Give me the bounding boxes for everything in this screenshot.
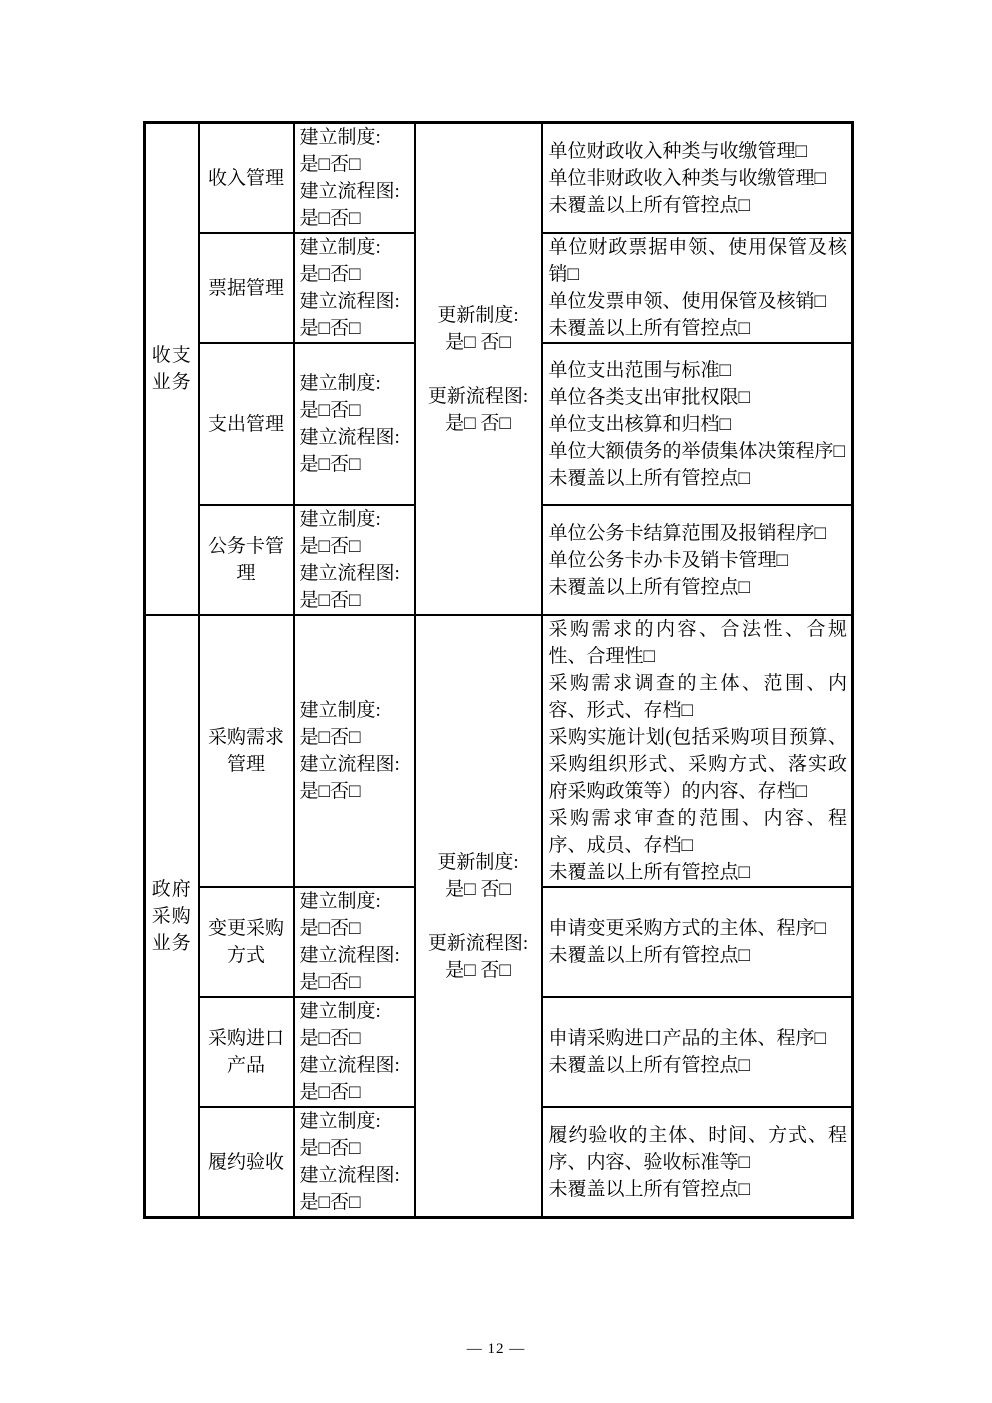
cell-line: 采购需求的内容、合法性、合规性、合理性□ bbox=[549, 616, 848, 670]
cell-line: 未覆盖以上所有管控点□ bbox=[549, 465, 848, 492]
cell-line: 是□否□ bbox=[300, 205, 412, 232]
cell-line: 未覆盖以上所有管控点□ bbox=[549, 1176, 848, 1203]
cell-line: 采购需求审查的范围、内容、程序、成员、存档□ bbox=[549, 805, 848, 859]
cell-line: 是□否□ bbox=[300, 397, 412, 424]
item-label-change-procurement-method: 变更采购 方式 bbox=[199, 887, 294, 997]
cell-line: 是□否□ bbox=[300, 151, 412, 178]
page-number: — 12 — bbox=[0, 1341, 992, 1358]
cell-line: 建立制度: bbox=[300, 234, 412, 261]
item-label-official-card-management: 公务卡管 理 bbox=[199, 505, 294, 615]
cell-line: 是□ 否□ bbox=[416, 329, 541, 356]
establish-cell: 建立制度:是□否□建立流程图:是□否□ bbox=[294, 887, 415, 997]
cell-line: 建立流程图: bbox=[300, 424, 412, 451]
cell-line: 是□否□ bbox=[300, 1135, 412, 1162]
cell-line: 是□ 否□ bbox=[416, 876, 541, 903]
item-label-import-products-procurement: 采购进口 产品 bbox=[199, 997, 294, 1107]
cell-line: 申请采购进口产品的主体、程序□ bbox=[549, 1025, 848, 1052]
cell-line bbox=[416, 356, 541, 383]
cell-line: 是□否□ bbox=[300, 261, 412, 288]
cell-line: 建立制度: bbox=[300, 888, 412, 915]
item-label-income-management: 收入管理 bbox=[199, 123, 294, 234]
group-label-revenue-expenditure: 收支 业务 bbox=[145, 123, 199, 616]
cell-line: 是□否□ bbox=[300, 724, 412, 751]
establish-cell: 建立制度:是□否□建立流程图:是□否□ bbox=[294, 233, 415, 343]
cell-line: 单位支出核算和归档□ bbox=[549, 411, 848, 438]
cell-line: 申请变更采购方式的主体、程序□ bbox=[549, 915, 848, 942]
cell-line: 未覆盖以上所有管控点□ bbox=[549, 859, 848, 886]
cell-line: 未覆盖以上所有管控点□ bbox=[549, 315, 848, 342]
cell-line: 单位公务卡办卡及销卡管理□ bbox=[549, 547, 848, 574]
establish-cell: 建立制度:是□否□建立流程图:是□否□ bbox=[294, 997, 415, 1107]
table-row: 收支 业务 收入管理 建立制度:是□否□建立流程图:是□否□ 更新制度:是□ 否… bbox=[145, 123, 853, 234]
cell-line: 建立流程图: bbox=[300, 178, 412, 205]
control-points-cell: 申请采购进口产品的主体、程序□未覆盖以上所有管控点□ bbox=[542, 997, 853, 1107]
cell-line: 建立流程图: bbox=[300, 560, 412, 587]
establish-cell: 建立制度:是□否□建立流程图:是□否□ bbox=[294, 505, 415, 615]
control-points-cell: 单位支出范围与标准□单位各类支出审批权限□单位支出核算和归档□单位大额债务的举债… bbox=[542, 343, 853, 505]
control-points-cell: 采购需求的内容、合法性、合规性、合理性□采购需求调查的主体、范围、内容、形式、存… bbox=[542, 615, 853, 887]
cell-line: 是□否□ bbox=[300, 969, 412, 996]
control-points-cell: 单位公务卡结算范围及报销程序□单位公务卡办卡及销卡管理□未覆盖以上所有管控点□ bbox=[542, 505, 853, 615]
item-label-procurement-demand-management: 采购需求 管理 bbox=[199, 615, 294, 887]
control-points-cell: 履约验收的主体、时间、方式、程序、内容、验收标准等□未覆盖以上所有管控点□ bbox=[542, 1107, 853, 1218]
control-points-cell: 单位财政票据申领、使用保管及核销□单位发票申领、使用保管及核销□未覆盖以上所有管… bbox=[542, 233, 853, 343]
cell-line: 建立流程图: bbox=[300, 1052, 412, 1079]
cell-line: 单位支出范围与标准□ bbox=[549, 357, 848, 384]
cell-line: 更新流程图: bbox=[416, 383, 541, 410]
cell-line: 未覆盖以上所有管控点□ bbox=[549, 942, 848, 969]
cell-line: 建立制度: bbox=[300, 1108, 412, 1135]
update-cell: 更新制度:是□ 否□更新流程图:是□ 否□ bbox=[415, 123, 542, 616]
cell-line: 采购实施计划(包括采购项目预算、采购组织形式、采购方式、落实政府采购政策等）的内… bbox=[549, 724, 848, 805]
cell-line: 建立流程图: bbox=[300, 288, 412, 315]
cell-line: 未覆盖以上所有管控点□ bbox=[549, 1052, 848, 1079]
cell-line: 单位大额债务的举债集体决策程序□ bbox=[549, 438, 848, 465]
cell-line: 建立制度: bbox=[300, 370, 412, 397]
update-cell: 更新制度:是□ 否□更新流程图:是□ 否□ bbox=[415, 615, 542, 1218]
establish-cell: 建立制度:是□否□建立流程图:是□否□ bbox=[294, 343, 415, 505]
cell-line: 是□否□ bbox=[300, 315, 412, 342]
establish-cell: 建立制度:是□否□建立流程图:是□否□ bbox=[294, 1107, 415, 1218]
cell-line: 单位财政票据申领、使用保管及核销□ bbox=[549, 234, 848, 288]
cell-line: 单位各类支出审批权限□ bbox=[549, 384, 848, 411]
group-label-government-procurement: 政府 采购 业务 bbox=[145, 615, 199, 1218]
internal-control-checklist-table: 收支 业务 收入管理 建立制度:是□否□建立流程图:是□否□ 更新制度:是□ 否… bbox=[143, 121, 854, 1219]
establish-cell: 建立制度:是□否□建立流程图:是□否□ bbox=[294, 615, 415, 887]
cell-line: 单位公务卡结算范围及报销程序□ bbox=[549, 520, 848, 547]
cell-line: 建立流程图: bbox=[300, 751, 412, 778]
cell-line: 是□否□ bbox=[300, 451, 412, 478]
item-label-invoice-management: 票据管理 bbox=[199, 233, 294, 343]
cell-line: 建立制度: bbox=[300, 998, 412, 1025]
cell-line: 建立流程图: bbox=[300, 942, 412, 969]
cell-line: 更新流程图: bbox=[416, 930, 541, 957]
cell-line: 单位发票申领、使用保管及核销□ bbox=[549, 288, 848, 315]
cell-line: 单位非财政收入种类与收缴管理□ bbox=[549, 165, 848, 192]
cell-line: 采购需求调查的主体、范围、内容、形式、存档□ bbox=[549, 670, 848, 724]
cell-line: 更新制度: bbox=[416, 849, 541, 876]
item-label-expenditure-management: 支出管理 bbox=[199, 343, 294, 505]
establish-cell: 建立制度:是□否□建立流程图:是□否□ bbox=[294, 123, 415, 234]
cell-line: 建立制度: bbox=[300, 506, 412, 533]
item-label-contract-acceptance: 履约验收 bbox=[199, 1107, 294, 1218]
cell-line: 未覆盖以上所有管控点□ bbox=[549, 574, 848, 601]
cell-line: 是□否□ bbox=[300, 915, 412, 942]
cell-line: 是□否□ bbox=[300, 778, 412, 805]
cell-line: 是□否□ bbox=[300, 587, 412, 614]
cell-line: 是□ 否□ bbox=[416, 410, 541, 437]
cell-line: 建立制度: bbox=[300, 124, 412, 151]
cell-line: 是□ 否□ bbox=[416, 957, 541, 984]
control-points-cell: 单位财政收入种类与收缴管理□单位非财政收入种类与收缴管理□未覆盖以上所有管控点□ bbox=[542, 123, 853, 234]
cell-line: 单位财政收入种类与收缴管理□ bbox=[549, 138, 848, 165]
cell-line: 是□否□ bbox=[300, 1025, 412, 1052]
cell-line: 未覆盖以上所有管控点□ bbox=[549, 192, 848, 219]
control-points-cell: 申请变更采购方式的主体、程序□未覆盖以上所有管控点□ bbox=[542, 887, 853, 997]
cell-line: 建立流程图: bbox=[300, 1162, 412, 1189]
cell-line: 更新制度: bbox=[416, 302, 541, 329]
cell-line: 履约验收的主体、时间、方式、程序、内容、验收标准等□ bbox=[549, 1122, 848, 1176]
cell-line bbox=[416, 903, 541, 930]
cell-line: 建立制度: bbox=[300, 697, 412, 724]
cell-line: 是□否□ bbox=[300, 1079, 412, 1106]
cell-line: 是□否□ bbox=[300, 1189, 412, 1216]
cell-line: 是□否□ bbox=[300, 533, 412, 560]
table-row: 政府 采购 业务 采购需求 管理 建立制度:是□否□建立流程图:是□否□ 更新制… bbox=[145, 615, 853, 887]
